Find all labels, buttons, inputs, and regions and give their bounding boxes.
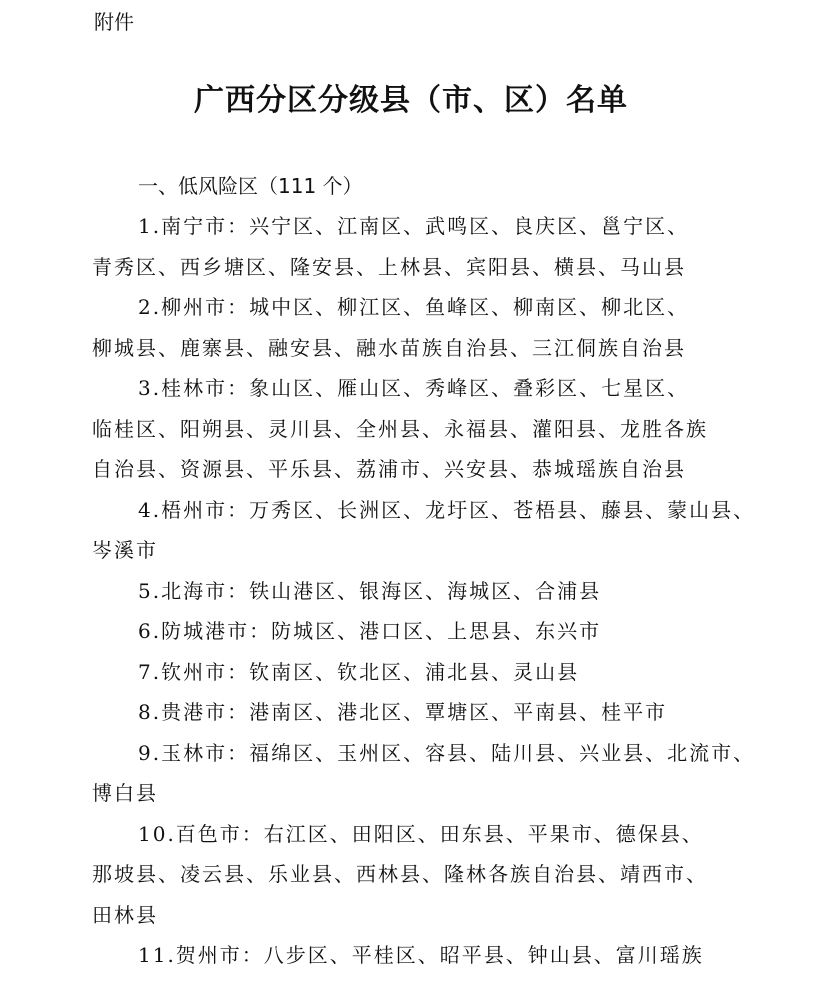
list-item-qinzhou: 7.钦州市：钦南区、钦北区、浦北县、灵山县 xyxy=(92,652,732,693)
list-item-wuzhou: 4.梧州市：万秀区、长洲区、龙圩区、苍梧县、藤县、蒙山县、 岑溪市 xyxy=(92,490,732,571)
entry-line: 田林县 xyxy=(92,895,732,936)
entry-line: 11.贺州市：八步区、平桂区、昭平县、钟山县、富川瑶族 xyxy=(92,935,732,976)
entry-line: 10.百色市：右江区、田阳区、田东县、平果市、德保县、 xyxy=(92,814,732,855)
entry-line: 青秀区、西乡塘区、隆安县、上林县、宾阳县、横县、马山县 xyxy=(92,247,732,288)
entry-line: 柳城县、鹿寨县、融安县、融水苗族自治县、三江侗族自治县 xyxy=(92,328,732,369)
attachment-label: 附件 xyxy=(94,8,134,36)
entry-line: 2.柳州市：城中区、柳江区、鱼峰区、柳南区、柳北区、 xyxy=(92,287,732,328)
list-item-guigang: 8.贵港市：港南区、港北区、覃塘区、平南县、桂平市 xyxy=(92,692,732,733)
entry-line: 7.钦州市：钦南区、钦北区、浦北县、灵山县 xyxy=(92,652,732,693)
entry-line: 临桂区、阳朔县、灵川县、全州县、永福县、灌阳县、龙胜各族 xyxy=(92,409,732,450)
entry-line: 4.梧州市：万秀区、长洲区、龙圩区、苍梧县、藤县、蒙山县、 xyxy=(92,490,732,531)
entry-line: 9.玉林市：福绵区、玉州区、容县、陆川县、兴业县、北流市、 xyxy=(92,733,732,774)
list-item-beihai: 5.北海市：铁山港区、银海区、海城区、合浦县 xyxy=(92,571,732,612)
entry-line: 1.南宁市：兴宁区、江南区、武鸣区、良庆区、邕宁区、 xyxy=(92,206,732,247)
entry-line: 8.贵港市：港南区、港北区、覃塘区、平南县、桂平市 xyxy=(92,692,732,733)
section-heading-low-risk: 一、低风险区（111 个） xyxy=(138,172,363,200)
county-list: 1.南宁市：兴宁区、江南区、武鸣区、良庆区、邕宁区、 青秀区、西乡塘区、隆安县、… xyxy=(92,206,732,976)
list-item-nanning: 1.南宁市：兴宁区、江南区、武鸣区、良庆区、邕宁区、 青秀区、西乡塘区、隆安县、… xyxy=(92,206,732,287)
list-item-liuzhou: 2.柳州市：城中区、柳江区、鱼峰区、柳南区、柳北区、 柳城县、鹿寨县、融安县、融… xyxy=(92,287,732,368)
document-title: 广西分区分级县（市、区）名单 xyxy=(0,80,822,122)
list-item-baise: 10.百色市：右江区、田阳区、田东县、平果市、德保县、 那坡县、凌云县、乐业县、… xyxy=(92,814,732,936)
list-item-fangchenggang: 6.防城港市：防城区、港口区、上思县、东兴市 xyxy=(92,611,732,652)
entry-line: 那坡县、凌云县、乐业县、西林县、隆林各族自治县、靖西市、 xyxy=(92,854,732,895)
list-item-hezhou: 11.贺州市：八步区、平桂区、昭平县、钟山县、富川瑶族 xyxy=(92,935,732,976)
entry-line: 自治县、资源县、平乐县、荔浦市、兴安县、恭城瑶族自治县 xyxy=(92,449,732,490)
entry-line: 6.防城港市：防城区、港口区、上思县、东兴市 xyxy=(92,611,732,652)
entry-line: 5.北海市：铁山港区、银海区、海城区、合浦县 xyxy=(92,571,732,612)
entry-line: 3.桂林市：象山区、雁山区、秀峰区、叠彩区、七星区、 xyxy=(92,368,732,409)
entry-line: 博白县 xyxy=(92,773,732,814)
entry-line: 岑溪市 xyxy=(92,530,732,571)
list-item-yulin: 9.玉林市：福绵区、玉州区、容县、陆川县、兴业县、北流市、 博白县 xyxy=(92,733,732,814)
list-item-guilin: 3.桂林市：象山区、雁山区、秀峰区、叠彩区、七星区、 临桂区、阳朔县、灵川县、全… xyxy=(92,368,732,490)
